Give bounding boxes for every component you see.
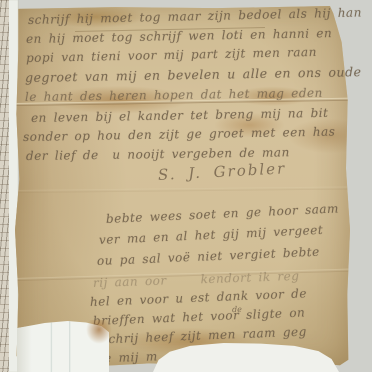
stain-smudge bbox=[86, 320, 112, 344]
tear-seam-middle bbox=[15, 186, 350, 193]
backing-white-band bbox=[9, 0, 19, 372]
letter-photo: { "photo": { "subject": "aged handwritte… bbox=[0, 0, 372, 372]
superscript-insert: de bbox=[232, 305, 242, 314]
